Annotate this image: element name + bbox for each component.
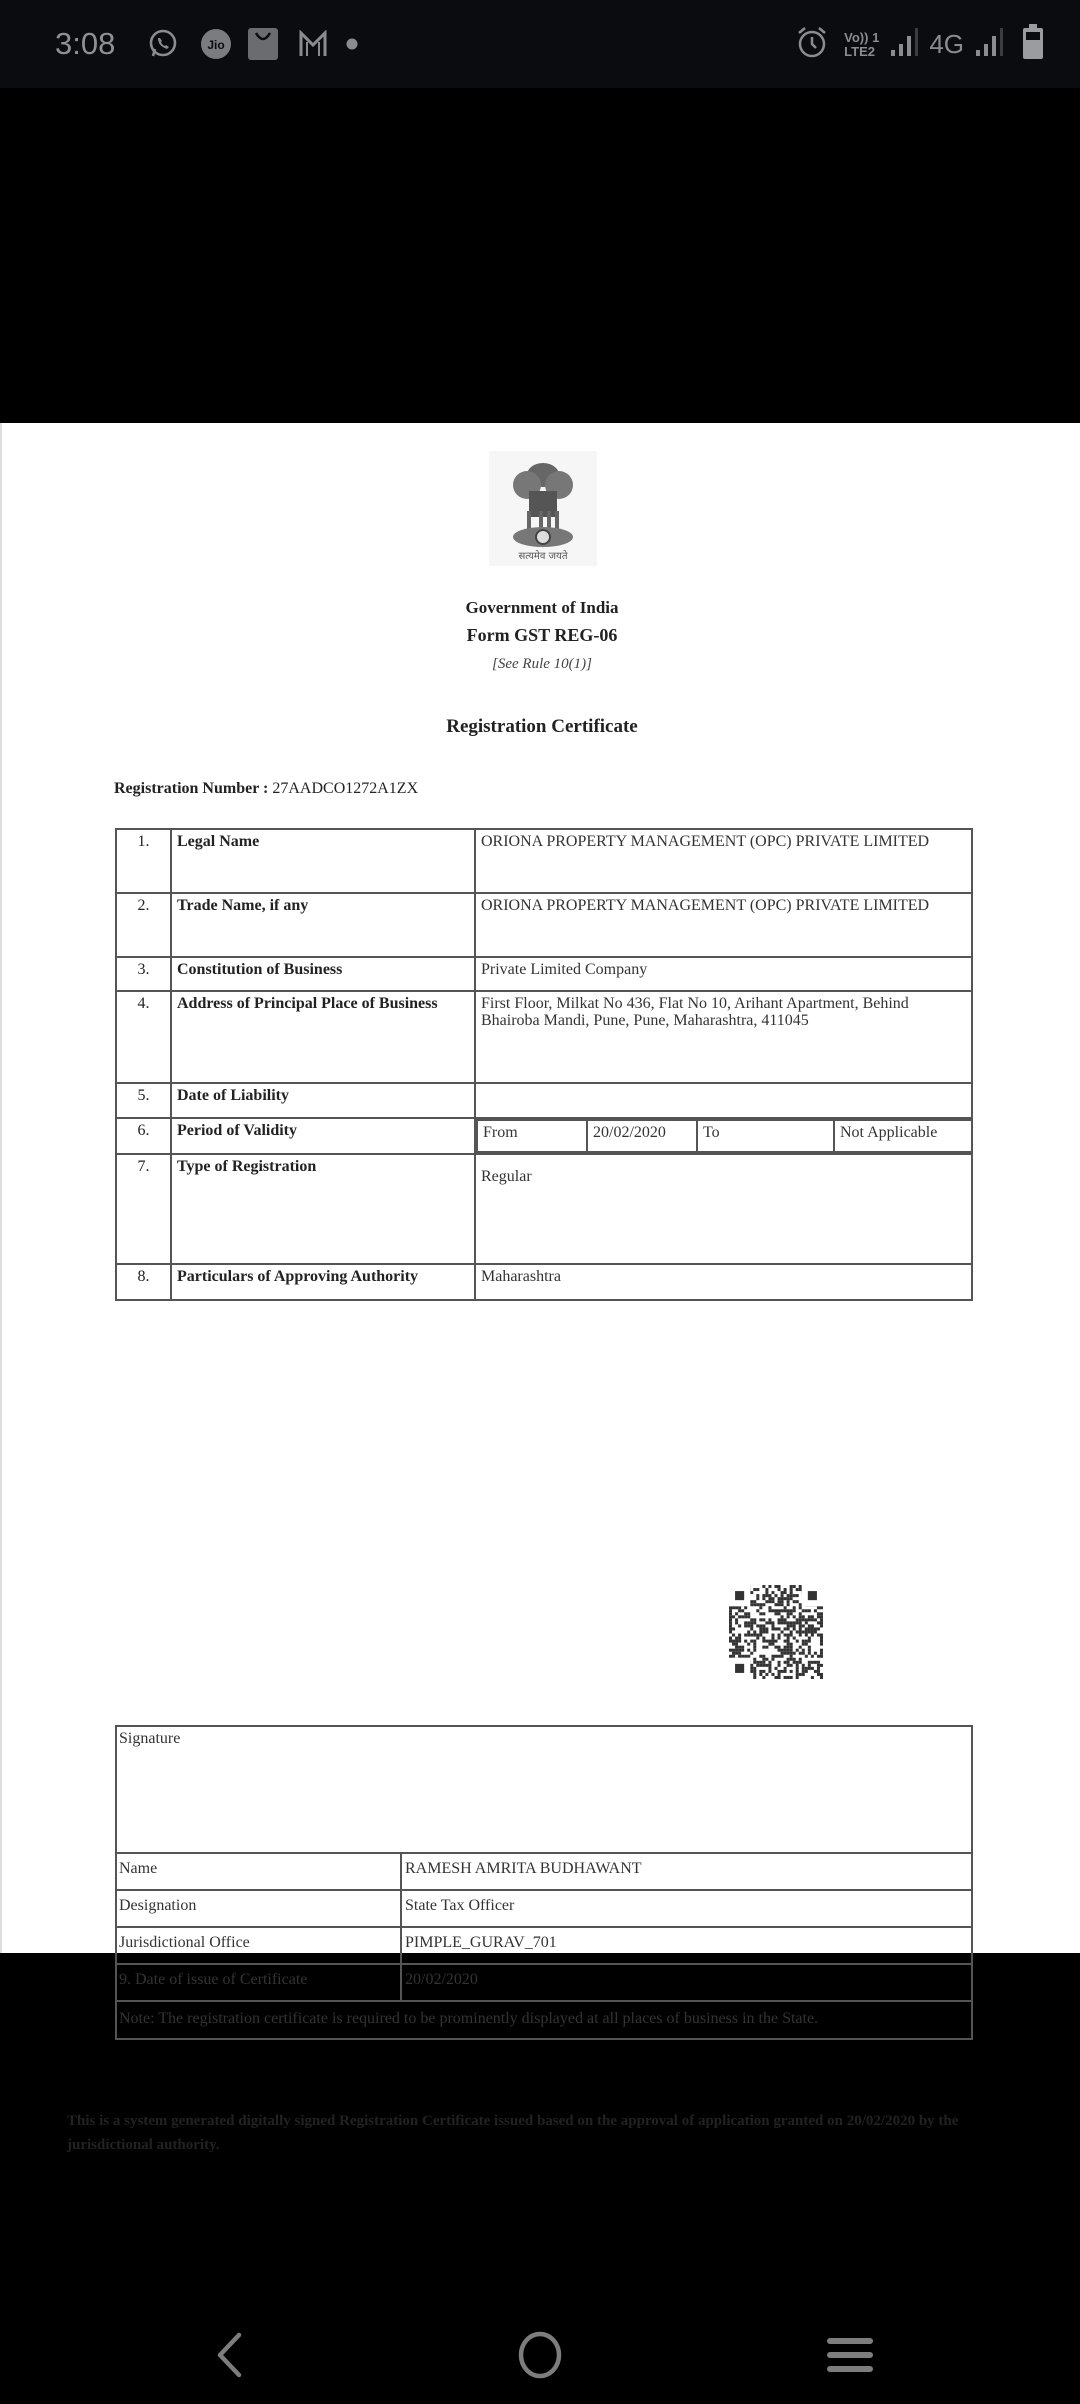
system-generated-footer: This is a system generated digitally sig…	[67, 2109, 1027, 2157]
certificate-page: सत्यमेव जयते Government of India Form GS…	[0, 423, 1080, 1953]
status-right: Vo)) 1 LTE2 4G	[796, 24, 1044, 65]
back-button[interactable]	[199, 2330, 259, 2380]
officer-row: Name RAMESH AMRITA BUDHAWANT	[117, 1854, 971, 1891]
qr-code	[729, 1585, 823, 1679]
table-row: 7. Type of Registration Regular	[116, 1154, 972, 1264]
network-type-label: 4G	[929, 29, 964, 60]
officer-row: 9. Date of issue of Certificate 20/02/20…	[117, 1965, 971, 2002]
clock: 3:08	[55, 26, 115, 62]
table-row: 6. Period of Validity From 20/02/2020 To…	[116, 1118, 972, 1154]
navigation-bar	[0, 2300, 1080, 2404]
volte-lte2-icon: Vo)) 1 LTE2	[844, 31, 879, 59]
registration-details-table: 1. Legal Name ORIONA PROPERTY MANAGEMENT…	[115, 828, 973, 1301]
validity-period: From 20/02/2020 To Not Applicable	[476, 1119, 971, 1153]
certificate-title: Registration Certificate	[2, 716, 1080, 738]
display-note: Note: The registration certificate is re…	[117, 2002, 971, 2038]
table-row: 8. Particulars of Approving Authority Ma…	[116, 1264, 972, 1300]
alarm-icon	[796, 25, 828, 64]
table-row: 5. Date of Liability	[116, 1083, 972, 1118]
recents-icon	[825, 2334, 875, 2376]
officer-row: Designation State Tax Officer	[117, 1891, 971, 1928]
signature-field: Signature	[117, 1727, 971, 1854]
gmail-icon	[296, 27, 330, 61]
government-heading: Government of India	[2, 598, 1080, 618]
approving-officer-block: Signature Name RAMESH AMRITA BUDHAWANT D…	[115, 1725, 973, 2040]
table-row: 1. Legal Name ORIONA PROPERTY MANAGEMENT…	[116, 829, 972, 893]
dot-icon	[344, 27, 360, 61]
svg-text:Jio: Jio	[207, 38, 224, 52]
form-title: Form GST REG-06	[2, 625, 1080, 646]
signal-icon	[974, 26, 1004, 63]
table-row: 3. Constitution of Business Private Limi…	[116, 957, 972, 991]
registration-number: Registration Number : 27AADCO1272A1ZX	[114, 780, 418, 798]
table-row: 4. Address of Principal Place of Busines…	[116, 991, 972, 1083]
jio-icon: Jio	[199, 27, 233, 61]
signal-icon	[889, 26, 919, 63]
officer-row: Jurisdictional Office PIMPLE_GURAV_701	[117, 1928, 971, 1965]
back-icon	[214, 2332, 244, 2378]
home-icon	[516, 2330, 564, 2380]
home-button[interactable]	[510, 2330, 570, 2380]
recents-button[interactable]	[820, 2330, 880, 2380]
svg-text:सत्यमेव जयते: सत्यमेव जयते	[518, 550, 567, 562]
registration-number-value: 27AADCO1272A1ZX	[272, 780, 418, 797]
whatsapp-icon	[146, 27, 180, 61]
status-bar: 3:08 Jio Vo)) 1 LTE2 4G	[0, 0, 1080, 88]
national-emblem-icon: सत्यमेव जयते	[489, 451, 597, 566]
shopping-bag-icon	[246, 27, 280, 61]
table-row: 2. Trade Name, if any ORIONA PROPERTY MA…	[116, 893, 972, 957]
battery-icon	[1022, 24, 1044, 65]
rule-reference: [See Rule 10(1)]	[2, 656, 1080, 673]
registration-number-label: Registration Number :	[114, 780, 268, 797]
